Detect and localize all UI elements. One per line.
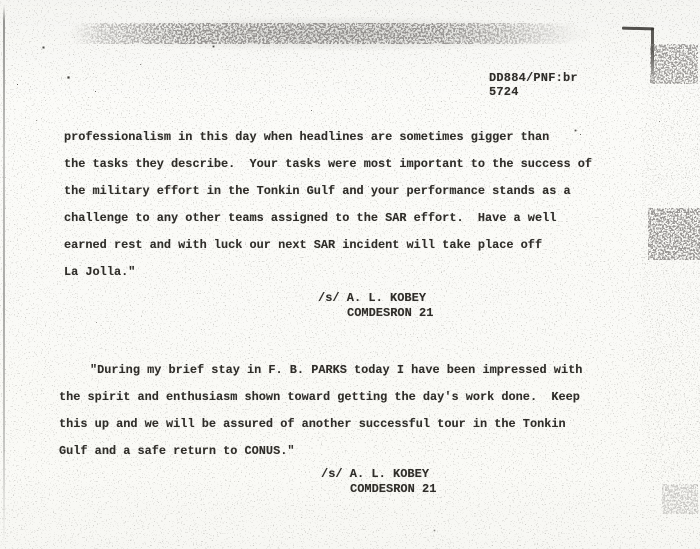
paragraph-line: the tasks they describe. Your tasks were… <box>64 151 592 178</box>
signature-line: /s/ A. L. KOBEY <box>321 467 436 482</box>
scan-noise-patch-top-right <box>650 44 698 84</box>
paragraph-line: challenge to any other teams assigned to… <box>64 205 592 232</box>
document-scan: DD884/PNF:br 5724 professionalism in thi… <box>0 0 700 549</box>
reference-block: DD884/PNF:br 5724 <box>489 71 578 99</box>
quoted-paragraph-2: "During my brief stay in F. B. PARKS tod… <box>59 357 582 465</box>
signature-block-2: /s/ A. L. KOBEY COMDESRON 21 <box>321 467 436 496</box>
paragraph-line: Gulf and a safe return to CONUS." <box>59 438 582 465</box>
signature-line: /s/ A. L. KOBEY <box>318 291 433 306</box>
paragraph-line: professionalism in this day when headlin… <box>64 124 592 151</box>
signature-title: COMDESRON 21 <box>350 482 436 497</box>
signature-block-1: /s/ A. L. KOBEY COMDESRON 21 <box>318 291 433 320</box>
scan-noise-patch-bottom-right <box>662 484 698 514</box>
paragraph-line: earned rest and with luck our next SAR i… <box>64 232 592 259</box>
reference-serial: 5724 <box>489 85 578 99</box>
scan-speckles <box>0 0 1 1</box>
paragraph-line: this up and we will be assured of anothe… <box>59 411 582 438</box>
paragraph-line: La Jolla." <box>64 259 592 286</box>
paragraph-line: "During my brief stay in F. B. PARKS tod… <box>59 357 582 384</box>
quoted-paragraph-1: professionalism in this day when headlin… <box>64 124 592 286</box>
scan-noise-band <box>72 23 577 44</box>
scan-noise-column <box>642 86 700 482</box>
paragraph-line: the spirit and enthusiasm shown toward g… <box>59 384 582 411</box>
signature-title: COMDESRON 21 <box>347 306 433 321</box>
paragraph-line: the military effort in the Tonkin Gulf a… <box>64 178 592 205</box>
reference-code: DD884/PNF:br <box>489 71 578 85</box>
